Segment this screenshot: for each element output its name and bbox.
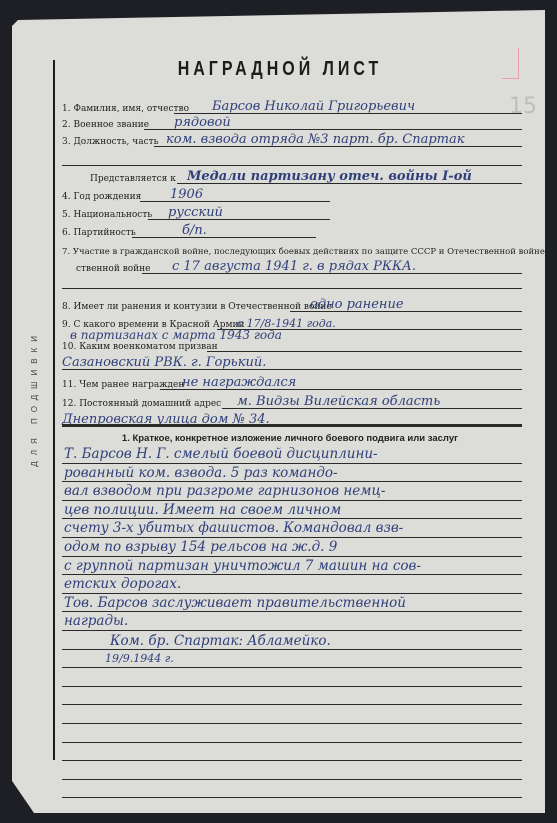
- field-previous-awards: 11. Чем ранее награжден не награждался: [62, 374, 522, 392]
- merit-text-line: вал взводом при разгроме гарнизонов немц…: [64, 483, 385, 499]
- field-party: 6. Партийность б/п.: [62, 222, 522, 240]
- field-birth-year: 4. Год рождения 1906: [62, 186, 522, 204]
- section-heading: 1. Краткое, конкретное изложение личного…: [70, 433, 510, 444]
- red-pencil-mark: [502, 48, 519, 79]
- ruled-line: [62, 797, 522, 798]
- ruled-line: [62, 630, 522, 631]
- ruled-line: [62, 481, 522, 482]
- field-wounds: 8. Имеет ли ранения и контузии в Отечест…: [62, 296, 522, 314]
- field-value: с 17 августа 1941 г. в рядах РККА.: [172, 259, 416, 274]
- merit-text-line: с группой партизан уничтожил 7 машин на …: [64, 558, 421, 574]
- merit-text-line: Т. Барсов Н. Г. смелый боевой дисциплини…: [64, 446, 378, 462]
- ruled-line: [62, 686, 522, 687]
- ruled-line: [62, 574, 522, 575]
- field-draft-office: 10. Каким военкоматом призван: [62, 336, 522, 354]
- binding-margin-rule: [53, 60, 55, 760]
- merit-text-line: етских дорогах.: [64, 576, 181, 592]
- ruled-line: [62, 593, 522, 594]
- field-nationality: 5. Национальность русский: [62, 204, 522, 222]
- ruled-line: [62, 518, 522, 519]
- field-rank: 2. Военное звание рядовой: [62, 114, 522, 132]
- signature-date: 19/9.1944 г.: [105, 652, 174, 665]
- field-value: русский: [168, 205, 223, 220]
- field-value: одно ранение: [310, 297, 404, 312]
- field-nominated-for: Представляется к Медали партизану отеч. …: [62, 168, 522, 186]
- merit-text-line: счету 3-х убитых фашистов. Командовал вз…: [64, 520, 403, 536]
- field-position-unit: 3. Должность, часть ком. взвода отряда №…: [62, 131, 522, 149]
- merit-text-line: Тов. Барсов заслуживает правительственно…: [64, 595, 406, 611]
- ruled-line: [62, 667, 522, 668]
- document-title: НАГРАДНОЙ ЛИСТ: [176, 58, 384, 81]
- merit-text-line: цев полиции. Имеет на своем личном: [64, 502, 341, 518]
- signature: Ком. бр. Спартак: Абламейко.: [110, 633, 331, 649]
- ruled-line: [62, 537, 522, 538]
- ruled-line: [62, 760, 522, 761]
- field-war-participation: 7. Участие в гражданской войне, последую…: [62, 241, 522, 259]
- field-home-address: 12. Постоянный домашний адрес м. Видзы В…: [62, 393, 522, 411]
- field-value: 1906: [170, 187, 203, 202]
- merit-text-line: рованный ком. взвода. 5 раз командо-: [64, 465, 338, 481]
- ruled-line: [62, 742, 522, 743]
- field-label: Фамилия, имя, отчество: [73, 104, 189, 114]
- binding-margin-label: ДЛЯ ПОДШИВКИ: [30, 330, 44, 467]
- field-value: Сазановский РВК. г. Горький.: [62, 355, 266, 370]
- ruled-line: [62, 779, 522, 780]
- ruled-line: [62, 463, 522, 464]
- field-value: б/п.: [182, 223, 207, 238]
- field-value: м. Видзы Вилейская область: [237, 394, 440, 409]
- field-value: Барсов Николай Григорьевич: [212, 99, 415, 114]
- ruled-line: [62, 500, 522, 501]
- field-value: не награждался: [182, 375, 296, 390]
- ruled-line: [62, 723, 522, 724]
- field-value: Медали партизану отеч. войны I-ой: [187, 169, 472, 184]
- ruled-line: [62, 611, 522, 612]
- merit-text-line: одом по взрыву 154 рельсов на ж.д. 9: [64, 539, 337, 555]
- merit-text-line: награды.: [64, 613, 128, 629]
- ruled-line: [62, 704, 522, 705]
- field-value: ком. взвода отряда №3 парт. бр. Спартак: [166, 132, 465, 147]
- field-value: рядовой: [174, 115, 231, 130]
- ruled-line: [62, 556, 522, 557]
